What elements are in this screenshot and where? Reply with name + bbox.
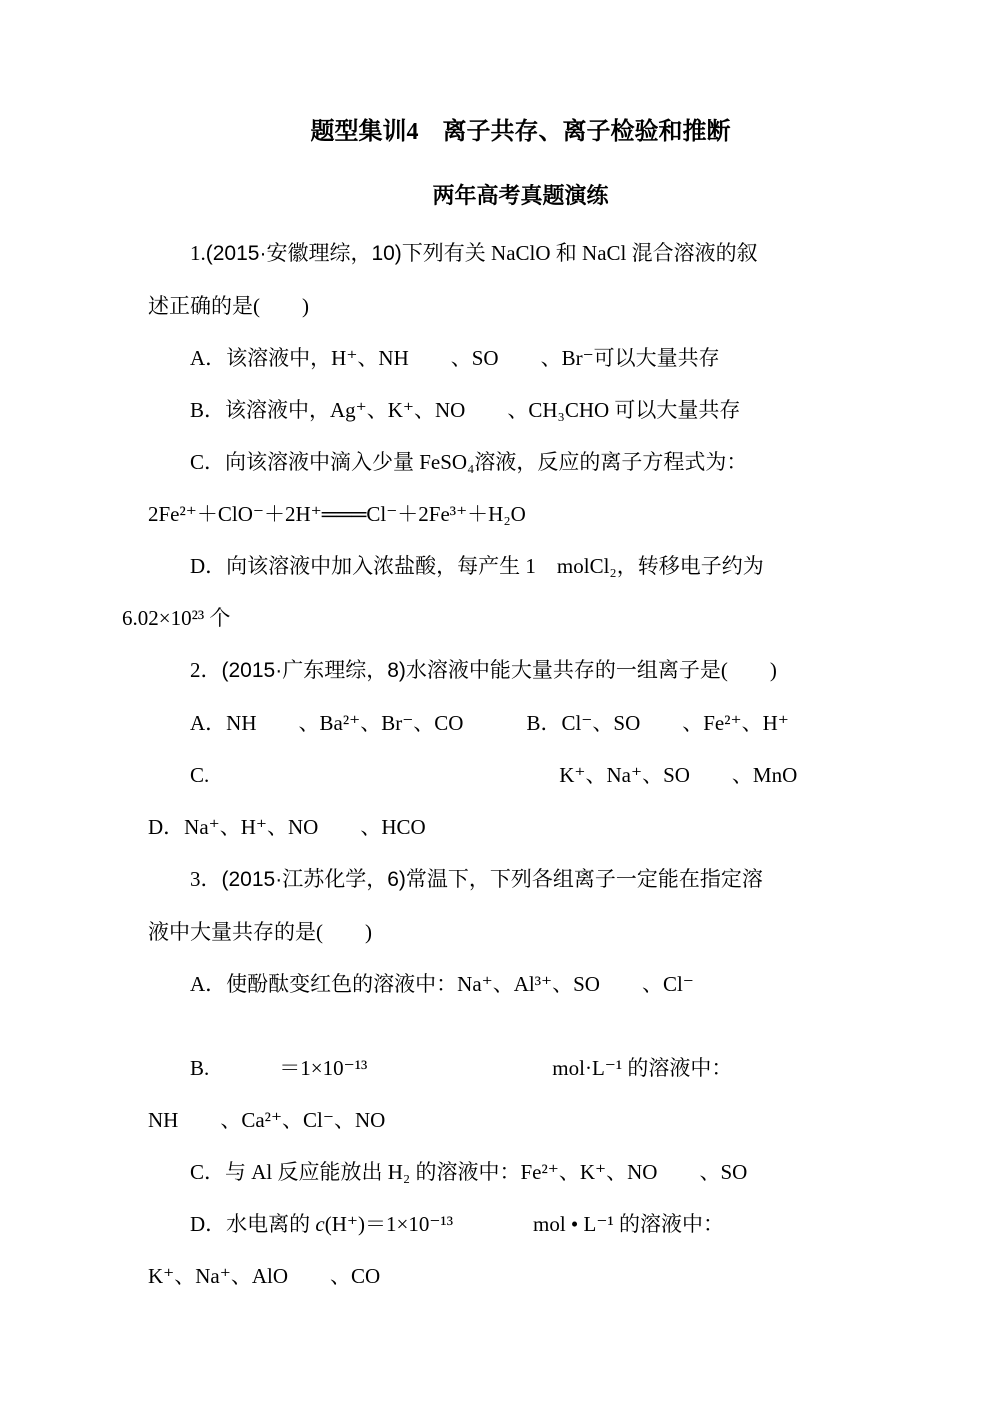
q1-number: 1. [190, 241, 206, 265]
q1-stem-line2: 述正确的是( ) [148, 280, 893, 332]
q2-option-c-label: C. [190, 763, 209, 787]
q3-option-b: B.＝1×10⁻¹³mol·L⁻¹ 的溶液中： [148, 1042, 893, 1094]
q1-source: (2015·安徽理综，10) [206, 242, 402, 265]
q2-option-c-ions: K⁺、Na⁺、SO 、MnO [559, 763, 797, 787]
q3-option-d-prefix: D．水电离的 [190, 1212, 315, 1236]
q1-ionic-equation: 2Fe²⁺＋ClO⁻＋2H⁺═══Cl⁻＋2Fe³⁺＋H₂O [148, 488, 893, 540]
q2-option-c: C.K⁺、Na⁺、SO 、MnO [148, 749, 893, 801]
q1-stem-line1: 1.(2015·安徽理综，10)下列有关 NaClO 和 NaCl 混合溶液的叙 [148, 227, 893, 280]
q2-stem: 2．(2015·广东理综，8)水溶液中能大量共存的一组离子是( ) [148, 644, 893, 697]
q3-option-d-unit: mol • L⁻¹ 的溶液中： [533, 1212, 724, 1236]
q2-source: (2015·广东理综，8) [222, 659, 406, 682]
q1-option-d-continuation: 6.02×10²³ 个 [122, 592, 893, 644]
q3-number: 3． [190, 867, 222, 891]
q3-option-d-variable: c [315, 1212, 324, 1236]
q3-option-b-value: ＝1×10⁻¹³ [279, 1056, 367, 1080]
q2-option-d: D．Na⁺、H⁺、NO 、HCO [148, 801, 893, 853]
q1-stem-text: 下列有关 NaClO 和 NaCl 混合溶液的叙 [402, 241, 758, 265]
q3-option-d-expression: (H⁺)＝1×10⁻¹³ [325, 1212, 453, 1236]
q3-option-b-unit: mol·L⁻¹ 的溶液中： [552, 1056, 732, 1080]
doc-title: 题型集训4 离子共存、离子检验和推断 [148, 112, 893, 152]
q2-options-a-b: A．NH 、Ba²⁺、Br⁻、CO B．Cl⁻、SO 、Fe²⁺、H⁺ [148, 697, 893, 749]
section-heading: 两年高考真题演练 [148, 176, 893, 216]
missing-formula-gap [209, 1074, 279, 1075]
q3-stem-line1: 3．(2015·江苏化学，6)常温下，下列各组离子一定能在指定溶 [148, 853, 893, 906]
q3-option-d: D．水电离的 c(H⁺)＝1×10⁻¹³mol • L⁻¹ 的溶液中： [148, 1198, 893, 1250]
q1-option-a: A．该溶液中，H⁺、NH 、SO 、Br⁻可以大量共存 [148, 332, 893, 384]
q3-source: (2015·江苏化学，6) [222, 868, 406, 891]
q3-stem-line2: 液中大量共存的是( ) [148, 906, 893, 958]
missing-formula-gap [453, 1230, 533, 1231]
q2-number: 2． [190, 658, 222, 682]
q1-option-c: C．向该溶液中滴入少量 FeSO₄溶液，反应的离子方程式为： [148, 436, 893, 488]
q3-option-b-label: B. [190, 1056, 209, 1080]
exam-document-page: 题型集训4 离子共存、离子检验和推断 两年高考真题演练 1.(2015·安徽理综… [0, 0, 993, 1404]
q3-option-d-ions: K⁺、Na⁺、AlO 、CO [148, 1250, 893, 1302]
missing-formula-gap [367, 1074, 552, 1075]
missing-formula-gap [209, 781, 559, 782]
q3-option-b-ions: NH 、Ca²⁺、Cl⁻、NO [148, 1094, 893, 1146]
q3-option-a: A．使酚酞变红色的溶液中：Na⁺、Al³⁺、SO 、Cl⁻ [148, 958, 893, 1010]
q3-option-c: C．与 Al 反应能放出 H₂ 的溶液中：Fe²⁺、K⁺、NO 、SO [148, 1146, 893, 1198]
q1-option-b: B．该溶液中，Ag⁺、K⁺、NO 、CH₃CHO 可以大量共存 [148, 384, 893, 436]
q1-option-d: D．向该溶液中加入浓盐酸，每产生 1 molCl₂，转移电子约为 [148, 540, 893, 592]
q3-stem-text: 常温下，下列各组离子一定能在指定溶 [406, 867, 763, 891]
q2-stem-text: 水溶液中能大量共存的一组离子是( ) [406, 658, 777, 682]
